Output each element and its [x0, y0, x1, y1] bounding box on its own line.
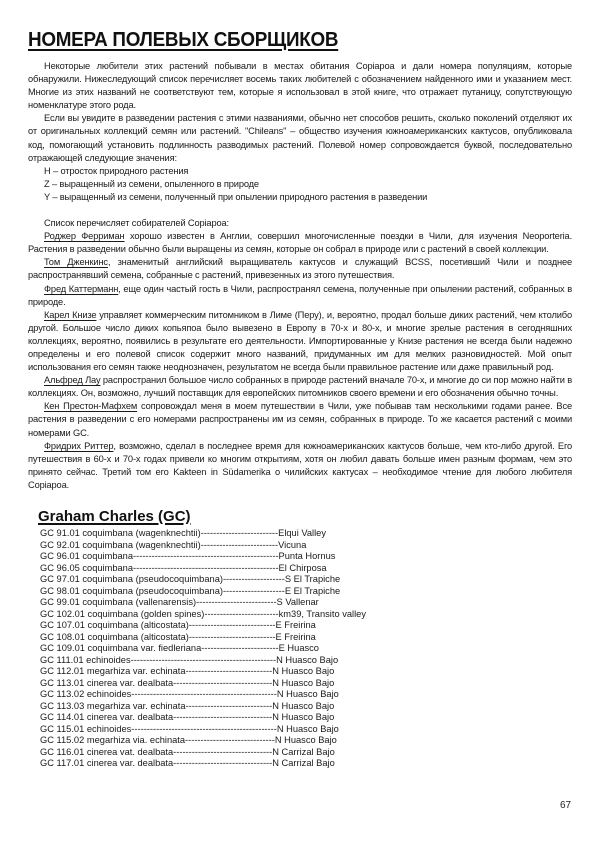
- collector-paragraph: Альфред Лау распространил большое число …: [28, 374, 572, 400]
- field-number-entry: GC 113.03 megarhiza var. echinata-------…: [40, 701, 572, 713]
- field-number-entry: GC 113.02 echinoides--------------------…: [40, 689, 572, 701]
- collector-name: Кен Престон-Мафхем: [44, 401, 137, 411]
- collector-description: , знаменитый английский выращиватель как…: [28, 257, 572, 280]
- field-number-entry: GC 112.01 megarhiza var. echinata-------…: [40, 666, 572, 678]
- collector-description: управляет коммерческим питомником в Лиме…: [28, 310, 572, 372]
- code-y: Y – выращенный из семени, полученный при…: [28, 191, 572, 204]
- field-number-entry: GC 98.01 coquimbana (pseudocoquimbana)--…: [40, 586, 572, 598]
- page-number: 67: [560, 800, 571, 811]
- collector-name: Альфред Лау: [44, 375, 100, 385]
- code-z: Z – выращенный из семени, опыленного в п…: [28, 178, 572, 191]
- collector-paragraph: Фридрих Риттер, возможно, сделал в после…: [28, 440, 572, 492]
- field-number-entry: GC 111.01 echinoides--------------------…: [40, 655, 572, 667]
- collector-name: Роджер Ферриман: [44, 231, 125, 241]
- field-number-entry: GC 116.01 cinerea vat. dealbata---------…: [40, 747, 572, 759]
- collector-description: распространил большое число собранных в …: [28, 375, 572, 398]
- field-number-entry: GC 91.01 coquimbana (wagenknechtii)-----…: [40, 528, 572, 540]
- page-content: НОМЕРА ПОЛЕВЫХ СБОРЩИКОВ Некоторые любит…: [28, 28, 572, 770]
- field-number-entry: GC 107.01 coquimbana (alticostata)------…: [40, 620, 572, 632]
- collector-name: Фридрих Риттер: [44, 441, 113, 451]
- field-number-entry: GC 115.02 megarhiza via. echinata-------…: [40, 735, 572, 747]
- field-number-entry: GC 96.05 coquimbana---------------------…: [40, 563, 572, 575]
- intro-text: Некоторые любители этих растений побывал…: [28, 60, 572, 492]
- field-number-entry: GC 108.01 coquimbana (alticostata)------…: [40, 632, 572, 644]
- collector-name: Фред Каттерманн: [44, 284, 118, 294]
- field-number-entry: GC 114.01 cinerea var. dealbata---------…: [40, 712, 572, 724]
- collector-paragraph: Роджер Ферриман хорошо известен в Англии…: [28, 230, 572, 256]
- field-number-entry: GC 99.01 coquimbana (vallenarensis)-----…: [40, 597, 572, 609]
- field-number-entry: GC 102.01 coquimbana (golden spines)----…: [40, 609, 572, 621]
- collector-paragraph: Карел Книзе управляет коммерческим питом…: [28, 309, 572, 374]
- collector-name: Карел Книзе: [44, 310, 96, 320]
- field-number-entry: GC 113.01 cinerea var. dealbata---------…: [40, 678, 572, 690]
- field-number-entry: GC 115.01 echinoides--------------------…: [40, 724, 572, 736]
- collector-paragraph: Фред Каттерманн, еще один частый гость в…: [28, 283, 572, 309]
- field-number-entry: GC 109.01 coquimbana var. fiedleriana---…: [40, 643, 572, 655]
- collector-paragraph: Кен Престон-Мафхем сопровождал меня в мо…: [28, 400, 572, 439]
- code-h: H – отросток природного растения: [28, 165, 572, 178]
- intro-paragraph-2: Если вы увидите в разведении растения с …: [28, 112, 572, 164]
- page-title: НОМЕРА ПОЛЕВЫХ СБОРЩИКОВ: [28, 28, 528, 52]
- section-title: Graham Charles (GC): [38, 508, 572, 526]
- field-number-list: GC 91.01 coquimbana (wagenknechtii)-----…: [40, 528, 572, 770]
- intro-paragraph-1: Некоторые любители этих растений побывал…: [28, 60, 572, 112]
- field-number-entry: GC 92.01 coquimbana (wagenknechtii)-----…: [40, 540, 572, 552]
- collectors-intro: Список перечисляет собирателей Copiapoa:: [28, 217, 572, 230]
- collector-name: Том Дженкинс: [44, 257, 108, 267]
- field-number-entry: GC 96.01 coquimbana---------------------…: [40, 551, 572, 563]
- field-number-entry: GC 117.01 cinerea var. dealbata---------…: [40, 758, 572, 770]
- field-number-entry: GC 97.01 coquimbana (pseudocoquimbana)--…: [40, 574, 572, 586]
- collector-paragraph: Том Дженкинс, знаменитый английский выра…: [28, 256, 572, 282]
